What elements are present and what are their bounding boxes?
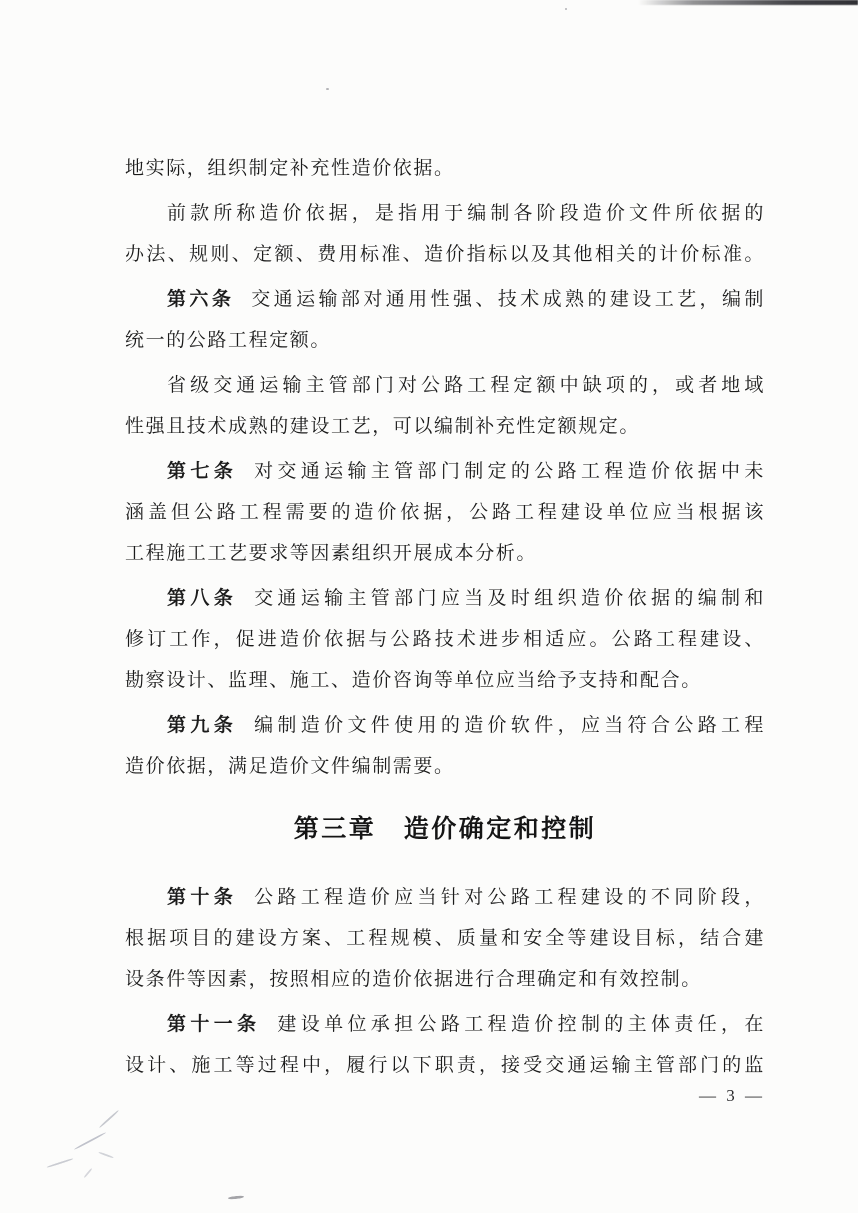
article-number-label: 第六条	[167, 289, 234, 310]
paragraph: 前款所称造价依据，是指用于编制各阶段造价文件所依据的办法、规则、定额、费用标准、…	[125, 193, 765, 275]
paragraph: 第六条交通运输部对通用性强、技术成熟的建设工艺，编制统一的公路工程定额。	[125, 279, 765, 361]
article-number-label: 第十一条	[167, 1014, 260, 1035]
scan-edge-artifact	[638, 0, 858, 5]
pencil-smudge	[98, 1151, 114, 1158]
paragraph: 地实际，组织制定补充性造价依据。	[125, 148, 765, 189]
pencil-smudge	[83, 1168, 92, 1178]
paragraph: 第十条公路工程造价应当针对公路工程建设的不同阶段，根据项目的建设方案、工程规模、…	[125, 877, 765, 1000]
text-segment: 工程施工工艺要求等因素组织开展成本分析。	[125, 543, 537, 564]
paragraph: 第九条编制造价文件使用的造价软件，应当符合公路工程造价依据，满足造价文件编制需要…	[125, 705, 765, 787]
text-line: 第七条对交通运输主管部门制定的公路工程造价依据中未	[125, 451, 765, 492]
text-segment: 省级交通运输主管部门对公路工程定额中缺项的，或者地域	[167, 375, 765, 396]
scan-speck	[565, 8, 567, 10]
text-segment: 办法、规则、定额、费用标准、造价指标以及其他相关的计价标准。	[125, 244, 765, 265]
text-segment: 根据项目的建设方案、工程规模、质量和安全等建设目标，结合建	[125, 928, 765, 949]
text-segment: 修订工作，促进造价依据与公路技术进步相适应。公路工程建设、	[125, 629, 765, 650]
text-line: 地实际，组织制定补充性造价依据。	[125, 148, 765, 189]
text-line: 省级交通运输主管部门对公路工程定额中缺项的，或者地域	[125, 365, 765, 406]
text-line: 第九条编制造价文件使用的造价软件，应当符合公路工程	[125, 705, 765, 746]
paragraph: 省级交通运输主管部门对公路工程定额中缺项的，或者地域性强且技术成熟的建设工艺，可…	[125, 365, 765, 447]
chapter-heading: 第三章 造价确定和控制	[125, 811, 765, 847]
text-segment: 交通运输主管部门应当及时组织造价依据的编制和	[254, 588, 765, 609]
text-line: 第十条公路工程造价应当针对公路工程建设的不同阶段，	[125, 877, 765, 918]
text-segment: 勘察设计、监理、施工、造价咨询等单位应当给予支持和配合。	[125, 670, 702, 691]
text-segment: 前款所称造价依据，是指用于编制各阶段造价文件所依据的	[167, 203, 765, 224]
article-number-label: 第十条	[167, 887, 237, 908]
text-line: 设条件等因素，按照相应的造价依据进行合理确定和有效控制。	[125, 959, 765, 1000]
text-segment: 性强且技术成熟的建设工艺，可以编制补充性定额规定。	[125, 416, 640, 437]
text-line: 造价依据，满足造价文件编制需要。	[125, 746, 765, 787]
text-segment: 编制造价文件使用的造价软件，应当符合公路工程	[254, 715, 765, 736]
text-line: 第八条交通运输主管部门应当及时组织造价依据的编制和	[125, 578, 765, 619]
text-line: 修订工作，促进造价依据与公路技术进步相适应。公路工程建设、	[125, 619, 765, 660]
text-segment: 对交通运输主管部门制定的公路工程造价依据中未	[254, 461, 765, 482]
text-line: 勘察设计、监理、施工、造价咨询等单位应当给予支持和配合。	[125, 660, 765, 701]
text-line: 根据项目的建设方案、工程规模、质量和安全等建设目标，结合建	[125, 918, 765, 959]
article-number-label: 第八条	[167, 588, 237, 609]
text-segment: 设条件等因素，按照相应的造价依据进行合理确定和有效控制。	[125, 969, 702, 990]
pencil-smudge	[99, 1110, 120, 1129]
document-text-block: 地实际，组织制定补充性造价依据。前款所称造价依据，是指用于编制各阶段造价文件所依…	[125, 148, 765, 1090]
text-line: 统一的公路工程定额。	[125, 320, 765, 361]
text-line: 设计、施工等过程中，履行以下职责，接受交通运输主管部门的监	[125, 1045, 765, 1086]
scanned-document-page: 地实际，组织制定补充性造价依据。前款所称造价依据，是指用于编制各阶段造价文件所依…	[0, 0, 858, 1213]
article-number-label: 第九条	[167, 715, 237, 736]
text-segment: 统一的公路工程定额。	[125, 330, 331, 351]
scan-speck	[326, 88, 329, 90]
text-line: 涵盖但公路工程需要的造价依据，公路工程建设单位应当根据该	[125, 492, 765, 533]
pencil-smudge	[46, 1158, 73, 1169]
paragraph: 第八条交通运输主管部门应当及时组织造价依据的编制和修订工作，促进造价依据与公路技…	[125, 578, 765, 701]
text-segment: 设计、施工等过程中，履行以下职责，接受交通运输主管部门的监	[125, 1055, 765, 1076]
text-line: 前款所称造价依据，是指用于编制各阶段造价文件所依据的	[125, 193, 765, 234]
text-line: 工程施工工艺要求等因素组织开展成本分析。	[125, 533, 765, 574]
paragraph: 第十一条建设单位承担公路工程造价控制的主体责任，在设计、施工等过程中，履行以下职…	[125, 1004, 765, 1086]
text-segment: 公路工程造价应当针对公路工程建设的不同阶段，	[254, 887, 765, 908]
page-number: — 3 —	[125, 1086, 777, 1106]
pencil-smudge	[74, 1132, 107, 1151]
text-line: 性强且技术成熟的建设工艺，可以编制补充性定额规定。	[125, 406, 765, 447]
paragraph: 第七条对交通运输主管部门制定的公路工程造价依据中未涵盖但公路工程需要的造价依据，…	[125, 451, 765, 574]
pencil-smudge	[228, 1195, 244, 1200]
text-line: 第十一条建设单位承担公路工程造价控制的主体责任，在	[125, 1004, 765, 1045]
text-line: 第六条交通运输部对通用性强、技术成熟的建设工艺，编制	[125, 279, 765, 320]
text-segment: 造价依据，满足造价文件编制需要。	[125, 756, 455, 777]
text-segment: 涵盖但公路工程需要的造价依据，公路工程建设单位应当根据该	[125, 502, 765, 523]
article-number-label: 第七条	[167, 461, 237, 482]
text-line: 办法、规则、定额、费用标准、造价指标以及其他相关的计价标准。	[125, 234, 765, 275]
text-segment: 建设单位承担公路工程造价控制的主体责任，在	[277, 1014, 765, 1035]
text-segment: 地实际，组织制定补充性造价依据。	[125, 158, 455, 179]
text-segment: 交通运输部对通用性强、技术成熟的建设工艺，编制	[251, 289, 765, 310]
